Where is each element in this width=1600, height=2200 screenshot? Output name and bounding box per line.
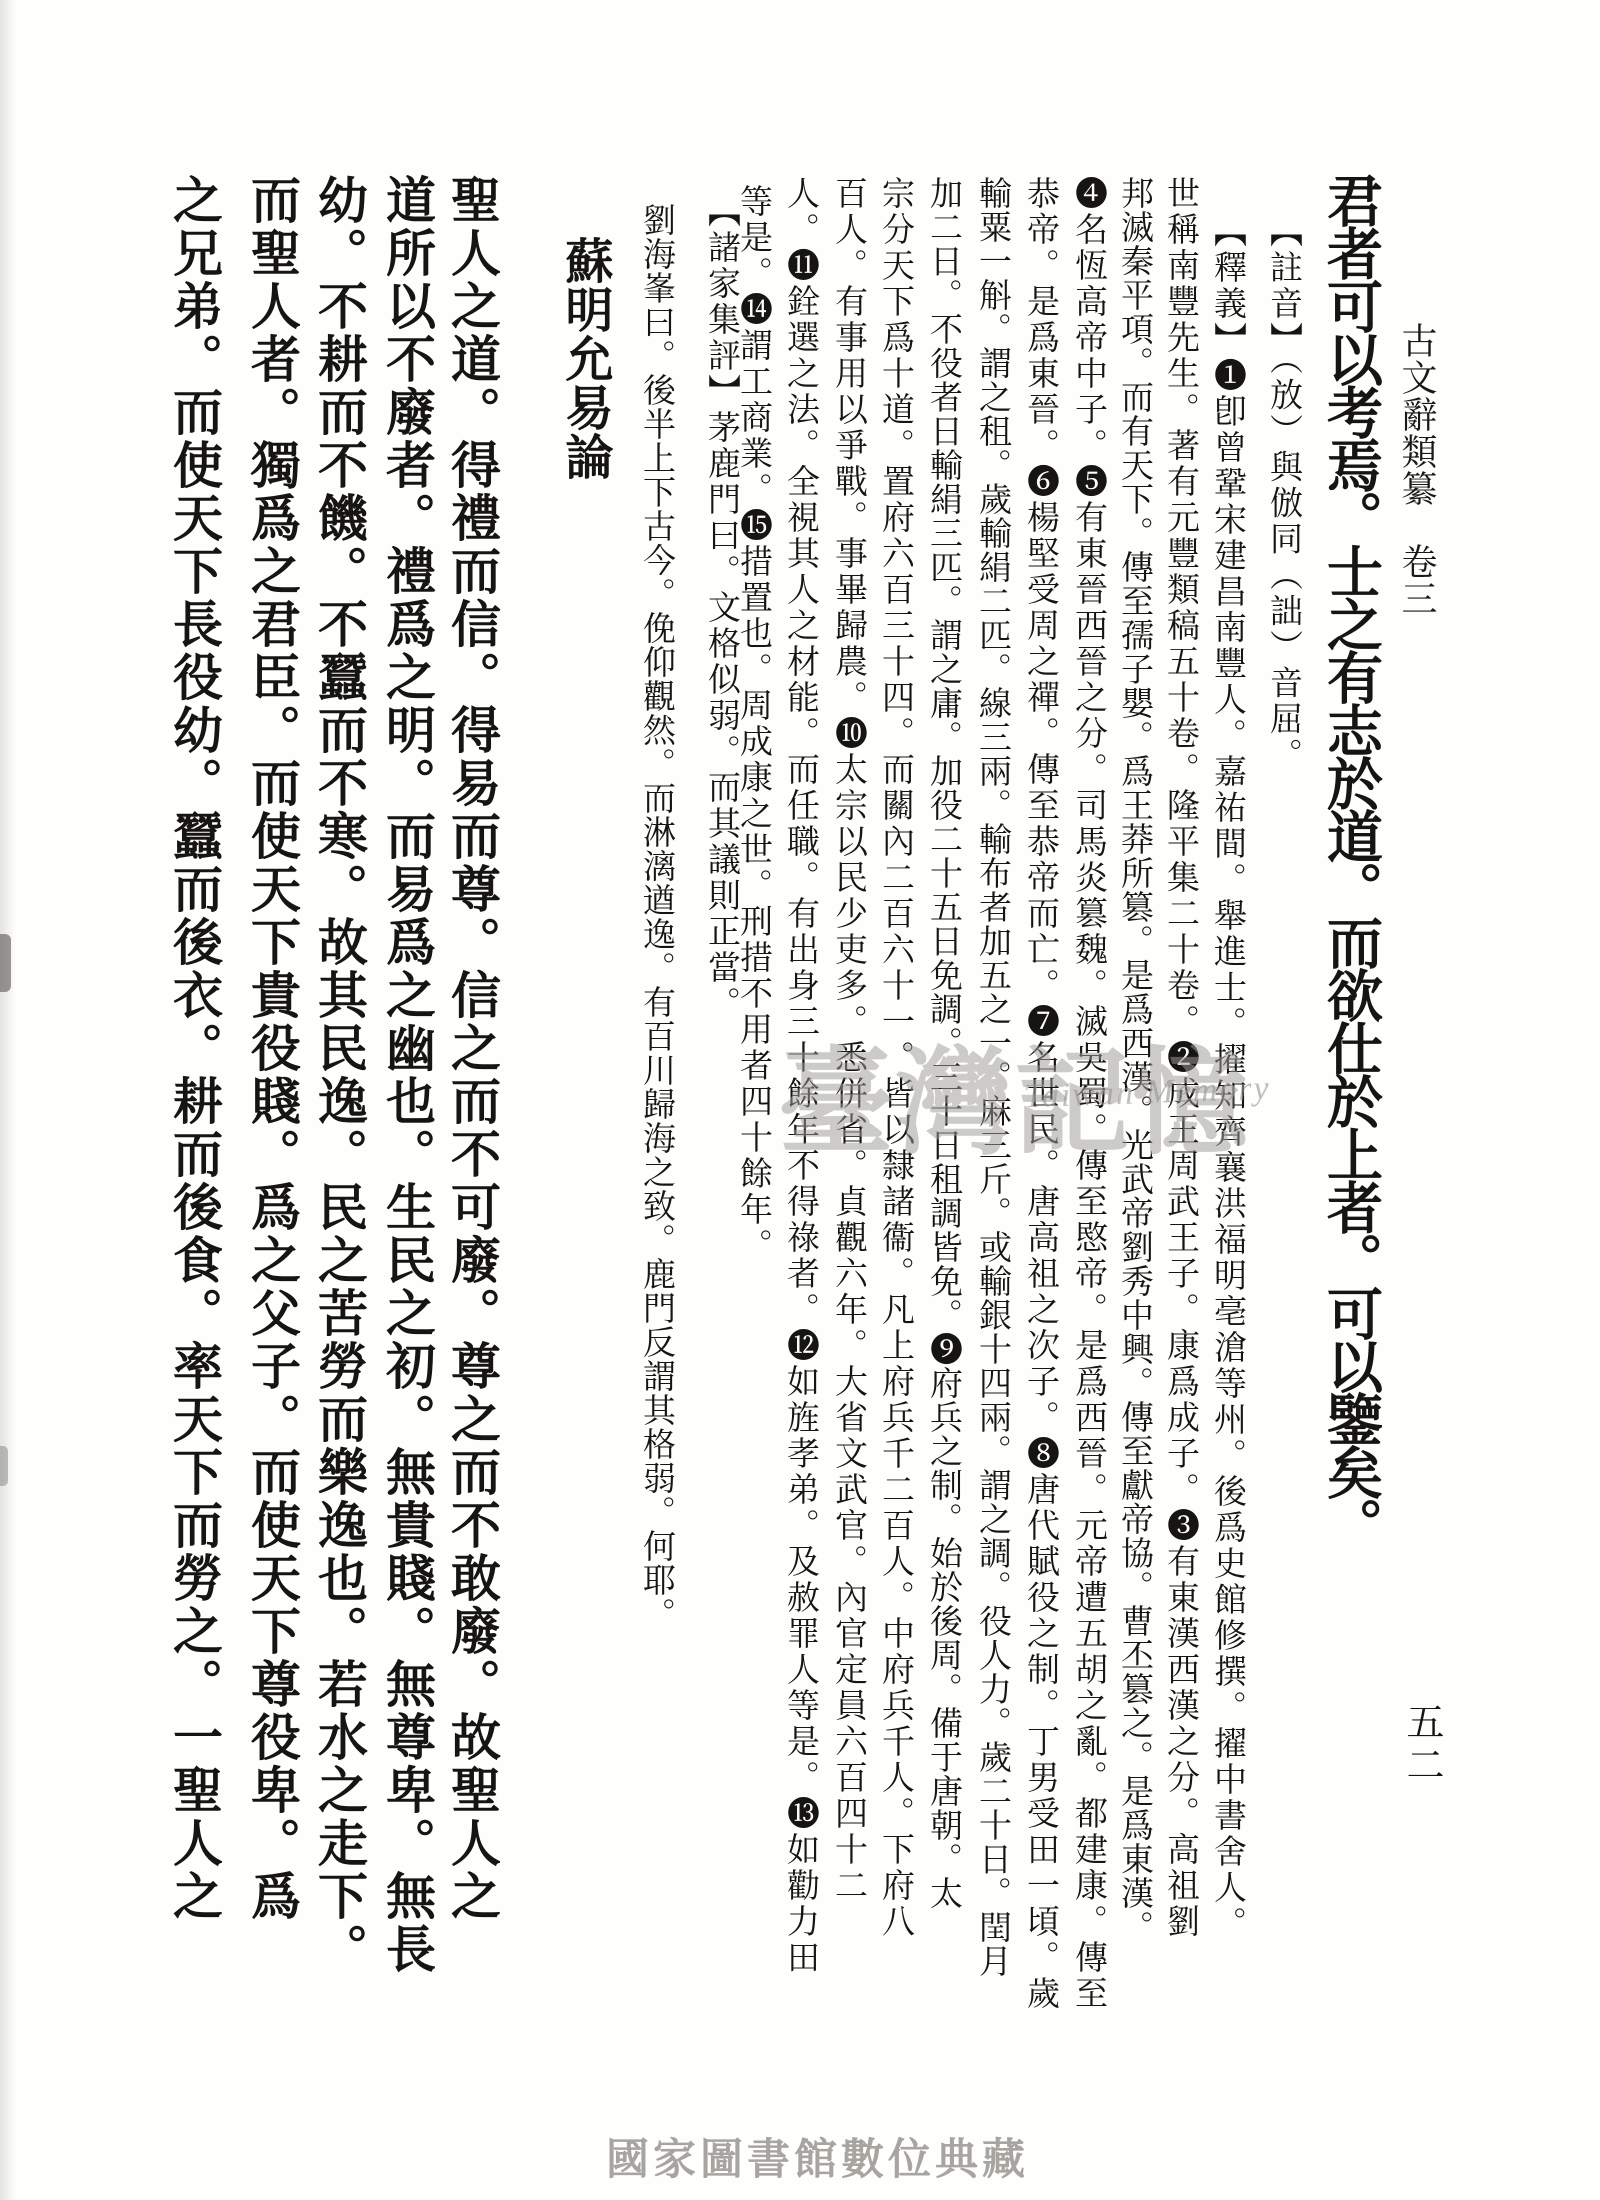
page-number: 五二	[1394, 1702, 1449, 1788]
main-text-column: 君者可以考焉。士之有志於道。而欲仕於上者。可以鑒矣。	[1310, 172, 1390, 1550]
gloss-note-column: 人。⓫銓選之法。全視其人之材能。而任職。有出身三十餘年不得祿者。⓬如旌孝弟。及赦…	[777, 176, 824, 1976]
scan-edge-mark	[0, 934, 11, 992]
commentary-column-liu: 劉海峯曰。後半上下古今。俛仰觀然。而淋漓遒逸。有百川歸海之致。鹿門反謂其格弱。何…	[633, 203, 680, 1631]
gloss-note-column: 邦滅秦平項。而有天下。傳至孺子嬰。爲王莽所篡。是爲西漢。光武帝劉秀中興。傳至獻帝…	[1111, 176, 1158, 1944]
volume-label: 卷三	[1392, 543, 1443, 617]
commentary-column-mao: 【諸家集評】茅鹿門曰。文格似弱。而其議則正當。	[698, 194, 745, 1022]
essay-text-column: 而聖人者。獨爲之君臣。而使天下貴役賤。爲之父子。而使天下尊役卑。爲	[236, 174, 308, 1923]
book-title: 古文辭類纂	[1397, 322, 1437, 507]
gloss-note-column: ❹名恆高帝中子。❺有東晉西晉之分。司馬炎篡魏。滅吳蜀。傳至愍帝。是爲西晉。元帝遭…	[1065, 176, 1112, 2012]
archive-footer: 國家圖書館數位典藏	[606, 2126, 1029, 2187]
essay-text-column: 道所以不廢者。禮爲之明。而易爲之幽也。生民之初。無貴賤。無尊卑。無長	[371, 174, 443, 1976]
scan-edge-shadow	[0, 0, 16, 2200]
gloss-note-column: 百人。有事用以爭戰。事畢歸農。❿太宗以民少吏多。悉併省。貞觀六年。大省文武官。內…	[825, 176, 872, 1904]
essay-title: 蘇明允易論	[550, 236, 619, 481]
scanned-book-page: 古文辭類纂卷三 五二 君者可以考焉。士之有志於道。而欲仕於上者。可以鑒矣。 【註…	[0, 0, 1600, 2200]
phonetic-note-column: 【註音】（放）與倣同（詘）音屈。	[1260, 214, 1307, 774]
gloss-note-column: 加二日。不役者日輸絹三匹。謂之庸。加役二十五日免調。三十日租調皆免。❾府兵之制。…	[920, 176, 967, 1910]
running-head: 古文辭類纂卷三	[1392, 322, 1443, 617]
essay-text-column: 聖人之道。得禮而信。得易而尊。信之而不可廢。尊之而不敢廢。故聖人之	[436, 174, 508, 1923]
gloss-note-column: 輸粟一斛。謂之租。歲輸絹二匹。線三兩。輸布者加五之一。麻三斤。或輸銀十四兩。謂之…	[969, 176, 1016, 1978]
gloss-note-column: 恭帝。是爲東晉。❻楊堅受周之禪。傳至恭帝而亡。❼名世民。唐高祖之次子。❽唐代賦役…	[1017, 176, 1064, 2012]
essay-text-column: 之兄弟。而使天下長役幼。蠶而後衣。耕而後食。率天下而勞之。一聖人之	[158, 174, 230, 1923]
scan-edge-mark	[0, 1446, 8, 1486]
gloss-note-column: 世稱南豐先生。著有元豐類稿五十卷。隆平集二十卷。❷成王周武王子。康爲成子。❸有東…	[1157, 176, 1204, 1940]
gloss-note-column: 宗分天下爲十道。置府六百三十四。而關內二百六十一。皆以隸諸衞。凡上府兵千二百人。…	[872, 176, 919, 1940]
essay-text-column: 幼。不耕而不饑。不蠶而不寒。故其民逸。民之苦勞而樂逸也。若水之走下。	[303, 174, 375, 1976]
gloss-note-column: 【釋義】❶卽曾鞏宋建昌南豐人。嘉祐間。舉進士。擢知齊襄洪福明亳滄等州。後爲史館修…	[1204, 214, 1251, 1942]
